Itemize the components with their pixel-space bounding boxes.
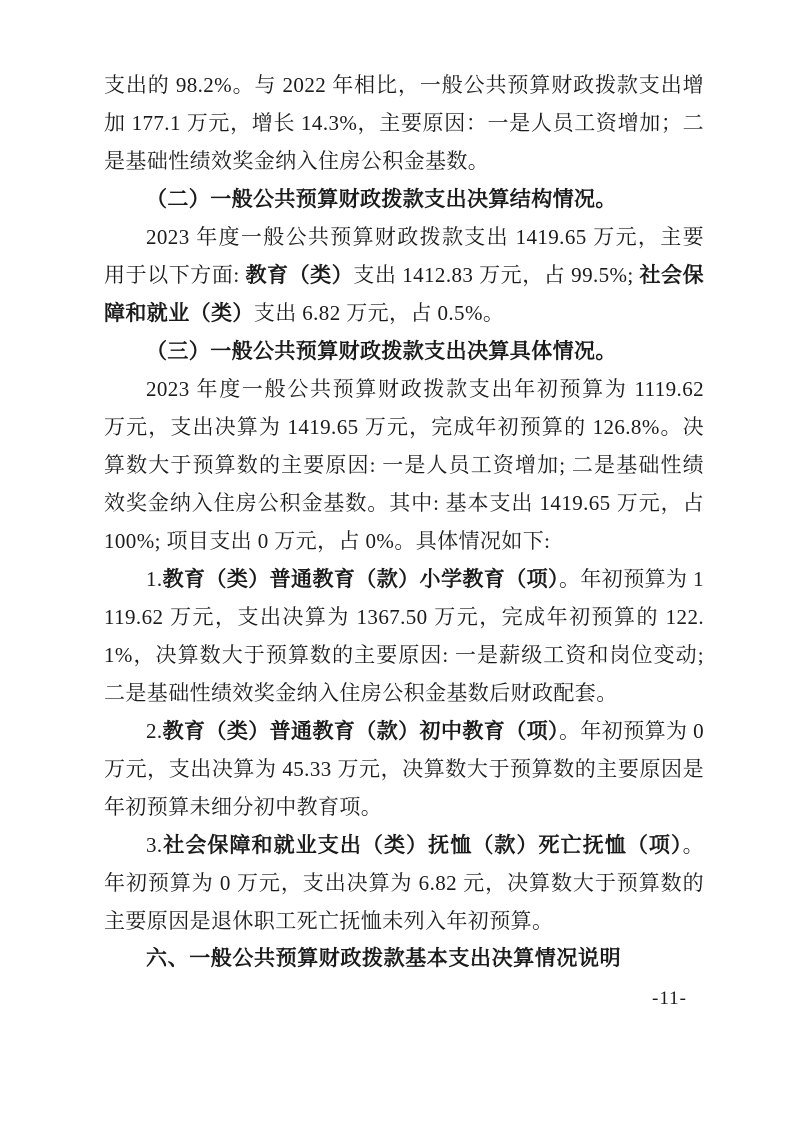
item-number: 1. — [146, 567, 163, 591]
heading-text: （三）一般公共预算财政拨款支出决算具体情况。 — [146, 339, 617, 363]
heading-text: （二）一般公共预算财政拨款支出决算结构情况。 — [146, 187, 617, 211]
text-run: 2023 年度一般公共预算财政拨款支出年初预算为 1119.62 万元，支出决算… — [104, 377, 704, 553]
text-run: 支出的 98.2%。与 2022 年相比，一般公共预算财政拨款支出增加 177.… — [104, 73, 704, 173]
list-item-3-death-benefits: 3.社会保障和就业支出（类）抚恤（款）死亡抚恤（项）。年初预算为 0 万元，支出… — [104, 826, 704, 940]
section-heading-2: （二）一般公共预算财政拨款支出决算结构情况。 — [104, 180, 704, 218]
text-run: 支出 1412.83 万元，占 99.5%; — [353, 263, 639, 287]
item-number: 2. — [146, 719, 163, 743]
heading-text: 六、一般公共预算财政拨款基本支出决算情况说明 — [146, 947, 621, 970]
item-title: 社会保障和就业支出（类）抚恤（款）死亡抚恤（项） — [163, 833, 683, 857]
paragraph-expenditure-structure: 2023 年度一般公共预算财政拨款支出 1419.65 万元，主要用于以下方面:… — [104, 218, 704, 332]
category-education-label: 教育（类） — [245, 263, 353, 287]
list-item-1-primary-education: 1.教育（类）普通教育（款）小学教育（项）。年初预算为 1119.62 万元，支… — [104, 560, 704, 712]
document-page: 支出的 98.2%。与 2022 年相比，一般公共预算财政拨款支出增加 177.… — [0, 0, 793, 1122]
item-number: 3. — [146, 833, 163, 857]
page-number: -11- — [652, 988, 687, 1010]
paragraph-carryover: 支出的 98.2%。与 2022 年相比，一般公共预算财政拨款支出增加 177.… — [104, 66, 704, 180]
item-title: 教育（类）普通教育（款）初中教育（项） — [163, 719, 559, 743]
document-body: 支出的 98.2%。与 2022 年相比，一般公共预算财政拨款支出增加 177.… — [104, 66, 704, 978]
text-run: 支出 6.82 万元，占 0.5%。 — [254, 301, 504, 325]
paragraph-detail-intro: 2023 年度一般公共预算财政拨款支出年初预算为 1119.62 万元，支出决算… — [104, 370, 704, 560]
list-item-2-junior-high-education: 2.教育（类）普通教育（款）初中教育（项）。年初预算为 0 万元，支出决算为 4… — [104, 712, 704, 826]
item-title: 教育（类）普通教育（款）小学教育（项） — [163, 567, 559, 591]
section-heading-6: 六、一般公共预算财政拨款基本支出决算情况说明 — [104, 940, 704, 978]
section-heading-3: （三）一般公共预算财政拨款支出决算具体情况。 — [104, 332, 704, 370]
